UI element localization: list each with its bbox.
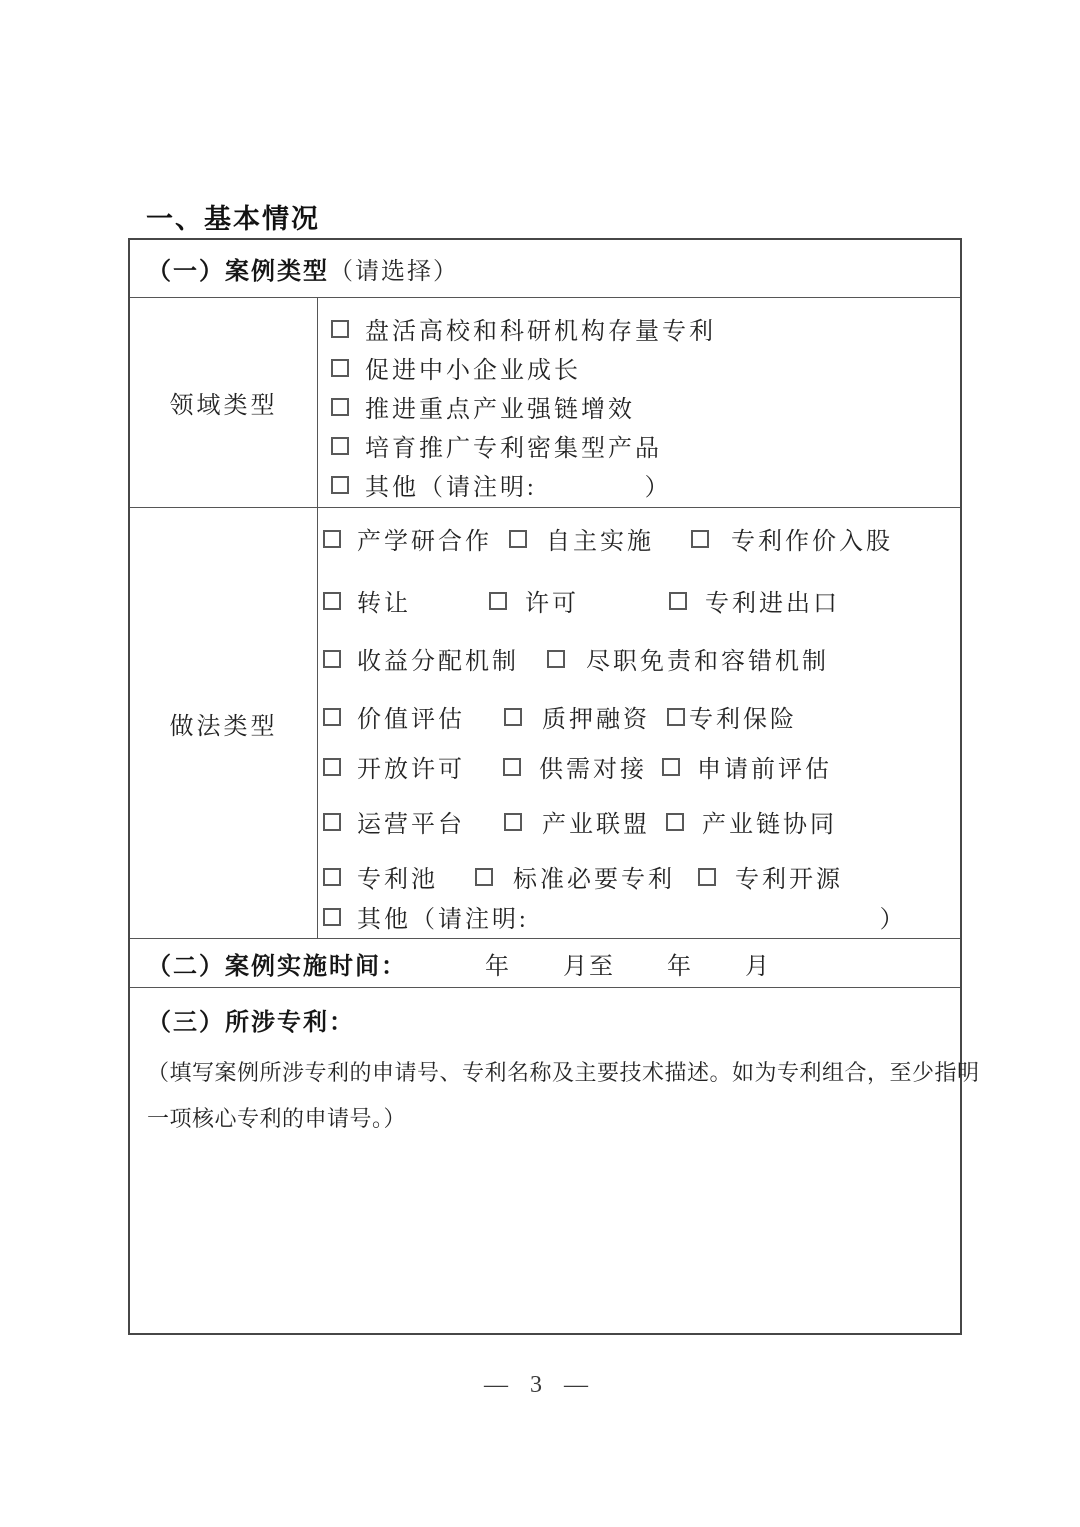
- practice-option: 价值评估: [323, 699, 465, 734]
- practice-option: 产学研合作: [323, 521, 492, 556]
- checkbox-icon[interactable]: [547, 650, 565, 668]
- checkbox-icon[interactable]: [331, 437, 349, 455]
- practice-option: 转让: [323, 583, 411, 618]
- field-type-option: 促进中小企业成长: [318, 348, 960, 387]
- practice-option: 尽职免责和容错机制: [547, 641, 829, 676]
- checkbox-icon[interactable]: [331, 476, 349, 494]
- checkbox-icon[interactable]: [475, 868, 493, 886]
- practice-type-row: 做法类型 产学研合作 自主实施 专利作价入股 转让 许可 专利进出口 收益分配机…: [130, 508, 960, 939]
- field-type-option: 盘活高校和科研机构存量专利: [318, 309, 960, 348]
- practice-option: 产业链协同: [666, 804, 837, 839]
- page-number: — 3 —: [0, 1372, 1080, 1399]
- checkbox-icon[interactable]: [669, 592, 687, 610]
- practice-option: 专利进出口: [669, 583, 840, 618]
- case-info-form-table: （一）案例类型（请选择） 领域类型 盘活高校和科研机构存量专利 促进中小企业成长…: [128, 238, 962, 1335]
- field-type-row: 领域类型 盘活高校和科研机构存量专利 促进中小企业成长 推进重点产业强链增效 培…: [130, 298, 960, 508]
- option-label: 许可: [525, 583, 579, 618]
- practice-line: 产学研合作 自主实施 专利作价入股: [318, 521, 960, 549]
- option-label: 盘活高校和科研机构存量专利: [365, 311, 716, 346]
- practice-option: 质押融资: [504, 699, 650, 734]
- practice-line: 开放许可 供需对接 申请前评估: [318, 749, 960, 777]
- option-label: 专利保险: [689, 699, 797, 734]
- checkbox-icon[interactable]: [504, 708, 522, 726]
- implementation-time-row: （二）案例实施时间： 年 月至 年 月: [130, 939, 960, 988]
- option-label: 收益分配机制: [357, 641, 519, 676]
- checkbox-icon[interactable]: [331, 320, 349, 338]
- field-type-options-cell: 盘活高校和科研机构存量专利 促进中小企业成长 推进重点产业强链增效 培育推广专利…: [318, 298, 960, 507]
- implementation-time-blank: 年 月至 年 月: [407, 946, 771, 981]
- checkbox-icon[interactable]: [323, 650, 341, 668]
- field-type-option: 推进重点产业强链增效: [318, 387, 960, 426]
- checkbox-icon[interactable]: [503, 758, 521, 776]
- practice-option-other: 其他（请注明: ）: [323, 899, 907, 934]
- option-label: 专利进出口: [705, 583, 840, 618]
- practice-option: 专利池: [323, 859, 438, 894]
- case-type-title: （一）案例类型: [147, 251, 329, 286]
- practice-option: 申请前评估: [662, 749, 832, 784]
- checkbox-icon[interactable]: [323, 868, 341, 886]
- practice-option: 运营平台: [323, 804, 465, 839]
- option-label: 转让: [357, 583, 411, 618]
- option-label: 申请前评估: [697, 749, 832, 784]
- option-label: 产业链协同: [702, 804, 837, 839]
- involved-patents-title: （三）所涉专利：: [147, 1002, 944, 1037]
- practice-option: 专利保险: [667, 699, 797, 734]
- practice-line: 价值评估 质押融资 专利保险: [318, 699, 960, 727]
- field-type-option: 培育推广专利密集型产品: [318, 426, 960, 465]
- case-type-note: （请选择）: [329, 251, 459, 286]
- option-label: 开放许可: [357, 749, 465, 784]
- checkbox-icon[interactable]: [504, 813, 522, 831]
- option-label: 自主实施: [546, 521, 654, 556]
- checkbox-icon[interactable]: [323, 530, 341, 548]
- checkbox-icon[interactable]: [691, 530, 709, 548]
- practice-option: 许可: [489, 583, 579, 618]
- involved-patents-row: （三）所涉专利： （填写案例所涉专利的申请号、专利名称及主要技术描述。如为专利组…: [130, 988, 960, 1331]
- checkbox-icon[interactable]: [323, 908, 341, 926]
- option-label: 培育推广专利密集型产品: [365, 428, 662, 463]
- practice-option: 专利作价入股: [691, 521, 893, 556]
- option-label: 产业联盟: [542, 804, 650, 839]
- checkbox-icon[interactable]: [331, 398, 349, 416]
- practice-line: 收益分配机制 尽职免责和容错机制: [318, 641, 960, 669]
- checkbox-icon[interactable]: [323, 813, 341, 831]
- practice-line: 专利池 标准必要专利 专利开源: [318, 859, 960, 887]
- option-label: 专利开源: [735, 859, 843, 894]
- option-label: 尽职免责和容错机制: [586, 641, 829, 676]
- option-label: 其他（请注明: ）: [357, 899, 907, 934]
- option-label: 推进重点产业强链增效: [365, 389, 635, 424]
- field-type-option-other: 其他（请注明: ）: [318, 465, 960, 504]
- option-label: 产学研合作: [357, 521, 492, 556]
- practice-option: 专利开源: [698, 859, 843, 894]
- practice-option: 产业联盟: [504, 804, 650, 839]
- note-line: （填写案例所涉专利的申请号、专利名称及主要技术描述。如为专利组合，至少指明: [147, 1050, 944, 1096]
- practice-type-label-cell: 做法类型: [130, 508, 318, 938]
- practice-option: 开放许可: [323, 749, 465, 784]
- involved-patents-note: （填写案例所涉专利的申请号、专利名称及主要技术描述。如为专利组合，至少指明 一项…: [147, 1050, 944, 1142]
- practice-option: 收益分配机制: [323, 641, 519, 676]
- checkbox-icon[interactable]: [666, 813, 684, 831]
- section-heading: 一、基本情况: [146, 197, 320, 236]
- option-label: 供需对接: [539, 749, 647, 784]
- option-label: 质押融资: [542, 699, 650, 734]
- option-label: 专利作价入股: [731, 521, 893, 556]
- note-line: 一项核心专利的申请号。）: [147, 1096, 944, 1142]
- field-type-label: 领域类型: [170, 385, 278, 420]
- practice-type-label: 做法类型: [170, 706, 278, 741]
- practice-line: 转让 许可 专利进出口: [318, 583, 960, 611]
- case-type-header-row: （一）案例类型（请选择）: [130, 240, 960, 298]
- checkbox-icon[interactable]: [323, 592, 341, 610]
- checkbox-icon[interactable]: [323, 758, 341, 776]
- practice-option: 供需对接: [503, 749, 647, 784]
- option-label: 专利池: [357, 859, 438, 894]
- practice-line: 运营平台 产业联盟 产业链协同: [318, 804, 960, 832]
- option-label: 价值评估: [357, 699, 465, 734]
- checkbox-icon[interactable]: [331, 359, 349, 377]
- checkbox-icon[interactable]: [323, 708, 341, 726]
- option-label: 其他（请注明: ）: [365, 467, 672, 502]
- option-label: 促进中小企业成长: [365, 350, 581, 385]
- option-label: 运营平台: [357, 804, 465, 839]
- implementation-time-title: （二）案例实施时间：: [147, 946, 407, 981]
- checkbox-icon[interactable]: [509, 530, 527, 548]
- checkbox-icon[interactable]: [489, 592, 507, 610]
- practice-option: 自主实施: [509, 521, 654, 556]
- checkbox-icon[interactable]: [667, 708, 685, 726]
- checkbox-icon[interactable]: [662, 758, 680, 776]
- practice-option: 标准必要专利: [475, 859, 675, 894]
- field-type-label-cell: 领域类型: [130, 298, 318, 507]
- option-label: 标准必要专利: [513, 859, 675, 894]
- checkbox-icon[interactable]: [698, 868, 716, 886]
- practice-type-options-cell: 产学研合作 自主实施 专利作价入股 转让 许可 专利进出口 收益分配机制 尽职免…: [318, 508, 960, 938]
- practice-line: 其他（请注明: ）: [318, 899, 960, 927]
